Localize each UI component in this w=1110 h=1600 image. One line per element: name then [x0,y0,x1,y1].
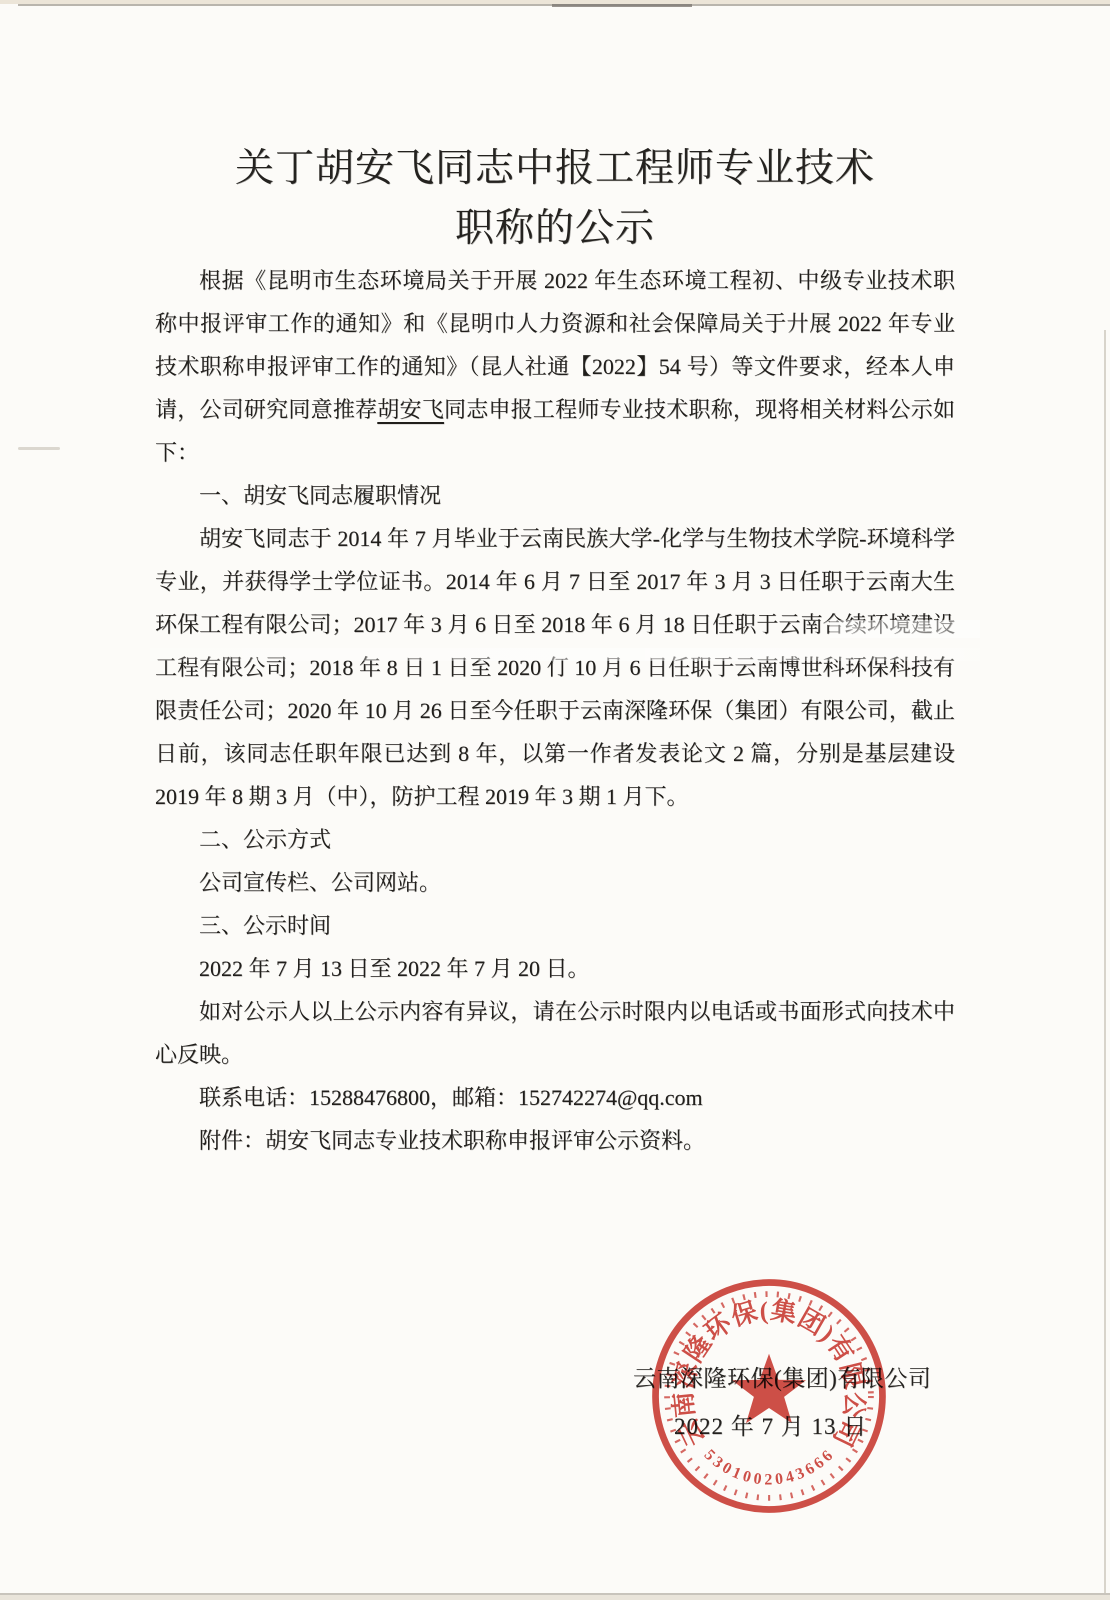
document-page: 关丁胡安飞同志中报工程师专业技术 职称的公示 根据《昆明市生态环境局关于开展 2… [0,0,1110,1600]
objection-paragraph: 如对公示人以上公示内容有异议，请在公示时限内以电话或书面形式向技术中心反映。 [155,990,955,1076]
scan-artifact-top-line-dark [552,4,692,7]
title-line-2: 职称的公示 [0,199,1110,259]
company-seal-stamp: 云南深隆环保(集团)有限公司 5301002043666 [644,1271,894,1521]
scan-artifact-right-line [1104,330,1106,1600]
stamp-serial-number: 5301002043666 [701,1446,837,1488]
title-line-1: 关丁胡安飞同志中报工程师专业技术 [0,139,1110,199]
paragraph-basis: 根据《昆明市生态环境局关于开展 2022 年生态环境工程初、中级专业技术职称中报… [155,259,955,474]
scan-artifact-smudge [18,447,60,450]
scan-artifact-top-line [18,4,1110,6]
contact-line: 联系电话：15288476800，邮箱：152742274@qq.com [155,1076,955,1119]
scan-artifact-bottom-line [0,1593,1110,1595]
section-2-heading: 二、公示方式 [155,818,955,861]
section-1-body: 胡安飞同志于 2014 年 7 月毕业于云南民族大学-化学与生物技术学院-环境科… [155,517,955,818]
applicant-name-underlined: 胡安飞 [377,397,444,422]
svg-text:5301002043666: 5301002043666 [701,1446,837,1488]
section-2-body: 公司宣传栏、公司网站。 [155,861,955,904]
document-title: 关丁胡安飞同志中报工程师专业技术 职称的公示 [0,139,1110,259]
stamp-star-icon [732,1354,806,1424]
scan-artifact-top-band [0,0,1110,4]
section-1-heading: 一、胡安飞同志履职情况 [155,474,955,517]
section-3-heading: 三、公示时间 [155,904,955,947]
document-body: 根据《昆明市生态环境局关于开展 2022 年生态环境工程初、中级专业技术职称中报… [155,259,955,1162]
section-3-body: 2022 年 7 月 13 日至 2022 年 7 月 20 日。 [155,947,955,990]
attachment-line: 附件：胡安飞同志专业技术职称申报评审公示资料。 [155,1119,955,1162]
scan-artifact-bottom-band [0,1595,1110,1600]
